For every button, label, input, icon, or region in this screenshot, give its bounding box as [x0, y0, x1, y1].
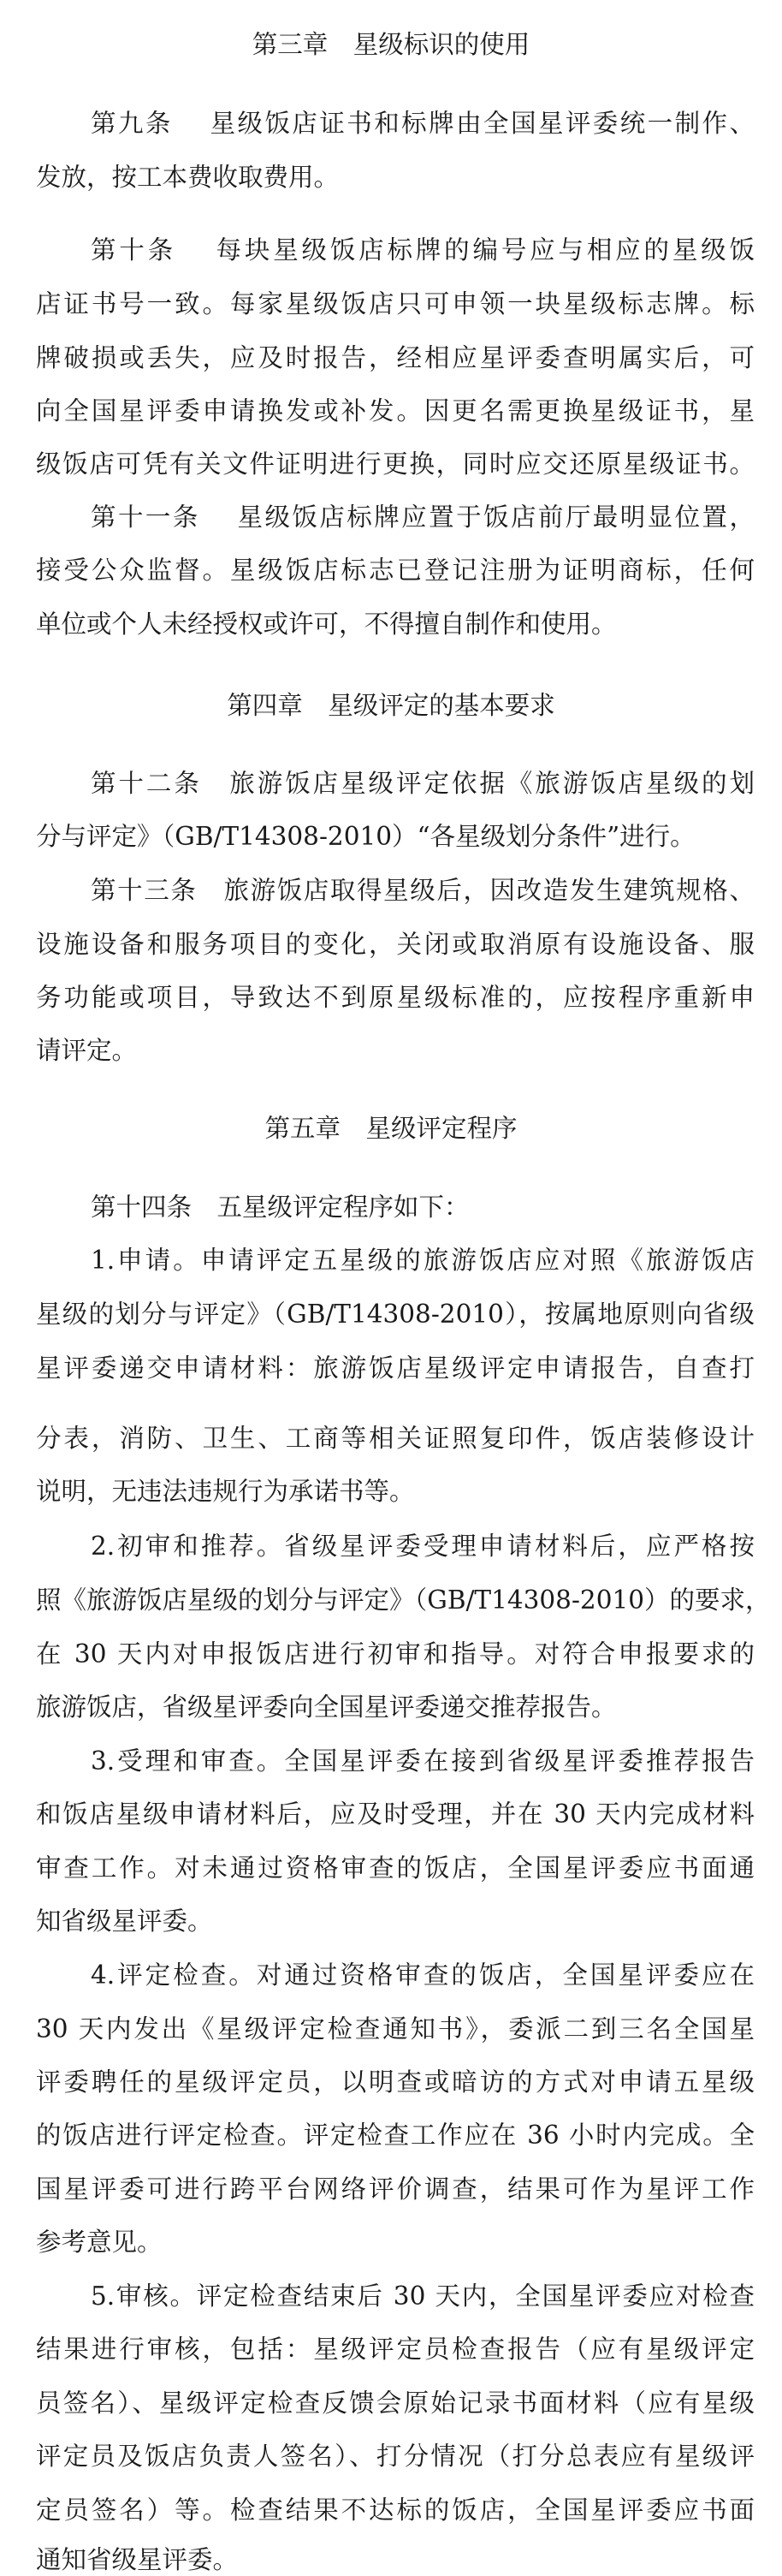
text-line: 星级的划分与评定》（GB/T14308-2010），按属地原则向省级: [36, 1297, 755, 1331]
text-line: 第十三条 旅游饭店取得星级后，因改造发生建筑规格、: [91, 873, 755, 907]
text-line: 说明，无违法违规行为承诺书等。: [36, 1474, 755, 1508]
chapter-heading: 第四章 星级评定的基本要求: [0, 688, 782, 723]
text-line: 的饭店进行评定检查。评定检查工作应在 36 小时内完成。全: [36, 2118, 755, 2152]
text-line: 请评定。: [36, 1033, 755, 1068]
document-page: 第三章 星级标识的使用第九条 星级饭店证书和标牌由全国星评委统一制作、发放，按工…: [0, 0, 782, 2576]
text-line: 分表，消防、卫生、工商等相关证照复印件，饭店装修设计: [36, 1421, 755, 1455]
text-line: 级饭店可凭有关文件证明进行更换，同时应交还原星级证书。: [36, 447, 755, 481]
text-line: 旅游饭店，省级星评委向全国星评委递交推荐报告。: [36, 1690, 755, 1724]
text-line: 第十一条 星级饭店标牌应置于饭店前厅最明显位置，: [91, 500, 755, 534]
text-line: 店证书号一致。每家星级饭店只可申领一块星级标志牌。标: [36, 287, 755, 321]
text-line: 参考意见。: [36, 2225, 755, 2259]
text-line: 结果进行审核，包括：星级评定员检查报告（应有星级评定: [36, 2332, 755, 2366]
text-line: 国星评委可进行跨平台网络评价调查，结果可作为星评工作: [36, 2172, 755, 2206]
text-line: 单位或个人未经授权或许可，不得擅自制作和使用。: [36, 607, 755, 641]
text-line: 5.审核。评定检查结束后 30 天内，全国星评委应对检查: [91, 2279, 755, 2313]
text-line: 第十四条 五星级评定程序如下：: [91, 1190, 755, 1224]
text-line: 星评委递交申请材料：旅游饭店星级评定申请报告，自查打: [36, 1351, 755, 1385]
text-line: 发放，按工本费收取费用。: [36, 160, 755, 194]
text-line: 30 天内发出《星级评定检查通知书》，委派二到三名全国星: [36, 2012, 755, 2046]
text-line: 务功能或项目，导致达不到原星级标准的，应按程序重新申: [36, 980, 755, 1014]
text-line: 第十条 每块星级饭店标牌的编号应与相应的星级饭: [91, 233, 755, 267]
text-line: 员签名）、星级评定检查反馈会原始记录书面材料（应有星级: [36, 2386, 755, 2420]
text-line: 在 30 天内对申报饭店进行初审和指导。对符合申报要求的: [36, 1637, 755, 1671]
text-line: 评定员及饭店负责人签名）、打分情况（打分总表应有星级评: [36, 2439, 755, 2473]
text-line: 分与评定》（GB/T14308-2010）“各星级划分条件”进行。: [36, 819, 755, 854]
text-line: 照《旅游饭店星级的划分与评定》（GB/T14308-2010）的要求，: [36, 1583, 755, 1617]
text-line: 和饭店星级申请材料后，应及时受理，并在 30 天内完成材料: [36, 1797, 755, 1831]
text-line: 知省级星评委。: [36, 1904, 755, 1938]
text-line: 审查工作。对未通过资格审查的饭店，全国星评委应书面通: [36, 1851, 755, 1885]
text-line: 设施设备和服务项目的变化，关闭或取消原有设施设备、服: [36, 927, 755, 961]
text-line: 3.受理和审查。全国星评委在接到省级星评委推荐报告: [91, 1744, 755, 1778]
text-line: 1.申请。申请评定五星级的旅游饭店应对照《旅游饭店: [91, 1243, 755, 1277]
chapter-heading: 第五章 星级评定程序: [0, 1111, 782, 1145]
text-line: 通知省级星评委。: [36, 2543, 755, 2576]
text-line: 4.评定检查。对通过资格审查的饭店，全国星评委应在: [91, 1958, 755, 1992]
chapter-heading: 第三章 星级标识的使用: [0, 27, 782, 62]
text-line: 第九条 星级饭店证书和标牌由全国星评委统一制作、: [91, 106, 755, 140]
text-line: 牌破损或丢失，应及时报告，经相应星评委查明属实后，可: [36, 341, 755, 375]
text-line: 2.初审和推荐。省级星评委受理申请材料后，应严格按: [91, 1529, 755, 1563]
text-line: 评委聘任的星级评定员，以明查或暗访的方式对申请五星级: [36, 2065, 755, 2099]
text-line: 第十二条 旅游饭店星级评定依据《旅游饭店星级的划: [91, 766, 755, 800]
text-line: 定员签名）等。检查结果不达标的饭店，全国星评委应书面: [36, 2493, 755, 2527]
text-line: 接受公众监督。星级饭店标志已登记注册为证明商标，任何: [36, 553, 755, 587]
text-line: 向全国星评委申请换发或补发。因更名需更换星级证书，星: [36, 394, 755, 428]
